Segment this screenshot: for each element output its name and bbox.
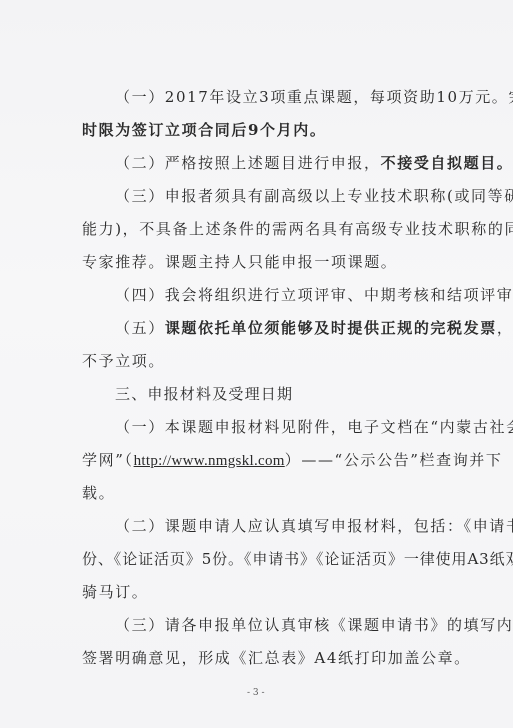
section-heading: 三、申报材料及受理日期	[115, 385, 293, 403]
document-page: （一）2017年设立3项重点课题，每项资助10万元。完成 时限为签订立项合同后9…	[0, 0, 513, 728]
paragraph-4-line-1: （四）我会将组织进行立项评审、中期考核和结项评审。	[115, 286, 513, 304]
paragraph-3-line-3: 专家推荐。课题主持人只能申报一项课题。	[82, 253, 397, 271]
section3-item1-line-2: 学网”（http://www.nmgskl.com）——“公示公告”栏查询并下	[82, 451, 503, 470]
paragraph-2-emphasis: 不接受自拟题目。	[381, 154, 513, 172]
paragraph-5-line-2: 不予立项。	[82, 352, 165, 370]
paragraph-2-text: （二）严格按照上述题目进行申报，	[115, 154, 381, 172]
section3-item1-line-1: （一）本课题申报材料见附件，电子文档在“内蒙古社会科	[115, 418, 513, 436]
section3-item1-line-3: 载。	[82, 484, 115, 502]
page-number: - 3 -	[247, 688, 265, 698]
section3-item2-line-3: 骑马订。	[82, 583, 148, 601]
paragraph-1-line-2: 时限为签订立项合同后9个月内。	[82, 121, 326, 139]
section3-item3-line-1: （三）请各申报单位认真审核《课题申请书》的填写内容，	[115, 616, 513, 634]
website-link[interactable]: http://www.nmgskl.com	[134, 453, 285, 469]
section3-item1-text-b: ）——“公示公告”栏查询并下	[285, 451, 503, 469]
paragraph-3-line-1: （三）申报者须具有副高级以上专业技术职称(或同等研究	[115, 187, 513, 205]
paragraph-2-line-1: （二）严格按照上述题目进行申报，不接受自拟题目。	[115, 154, 513, 172]
paragraph-5-suffix: ，否则	[497, 319, 513, 337]
section3-item3-line-2: 签署明确意见，形成《汇总表》A4纸打印加盖公章。	[82, 649, 471, 667]
section3-item2-line-1: （二）课题申请人应认真填写申报材料，包括：《申请书》2	[115, 517, 513, 535]
section3-item2-line-2: 份、《论证活页》5份。《申请书》《论证活页》一律使用A3纸双	[82, 550, 513, 568]
paragraph-5-prefix: （五）	[115, 319, 165, 337]
paragraph-5-emphasis: 课题依托单位须能够及时提供正规的完税发票	[165, 319, 497, 337]
paragraph-5-line-1: （五）课题依托单位须能够及时提供正规的完税发票，否则	[115, 319, 513, 337]
section3-item1-text-a: 学网”（	[82, 451, 134, 469]
paragraph-3-line-2: 能力)，不具备上述条件的需两名具有高级专业技术职称的同行	[82, 220, 513, 238]
paragraph-1-line-1: （一）2017年设立3项重点课题，每项资助10万元。完成	[115, 88, 513, 106]
